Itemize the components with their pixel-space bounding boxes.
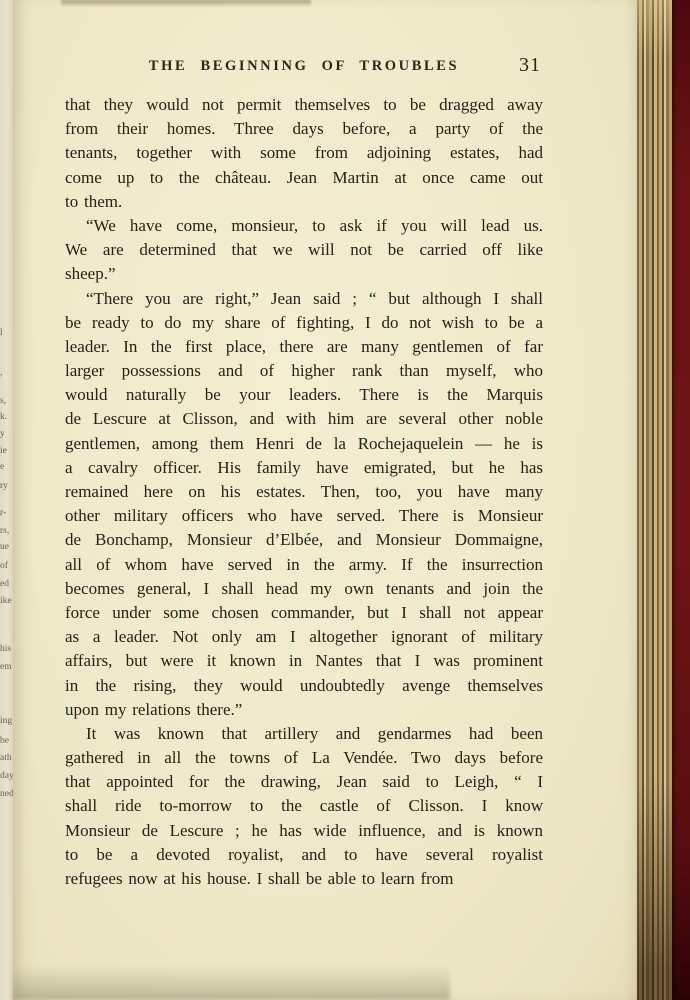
running-title: THE BEGINNING OF TROUBLES: [65, 58, 543, 75]
text-line: gathered in all the towns of La Vendée. …: [65, 746, 543, 770]
page-body-text: that they would not permit themselves to…: [65, 93, 543, 891]
text-line: that appointed for the drawing, Jean sai…: [65, 770, 543, 794]
text-line: Monsieur de Lescure ; he has wide influe…: [65, 819, 543, 843]
text-line: becomes general, I shall head my own ten…: [65, 577, 543, 601]
text-line: a cavalry officer. His family have emigr…: [65, 456, 543, 480]
text-line: gentlemen, among them Henri de la Rochej…: [65, 432, 543, 456]
text-line: upon my relations there.”: [65, 698, 543, 722]
margin-text-fragment: ned: [0, 789, 13, 799]
text-line: “There you are right,” Jean said ; “ but…: [65, 287, 543, 311]
book-page: THE BEGINNING OF TROUBLES 31 that they w…: [13, 0, 637, 1000]
page-edges-stack: [637, 0, 672, 1000]
text-line: force under some chosen commander, but I…: [65, 601, 543, 625]
text-line: would naturally be your leaders. There i…: [65, 383, 543, 407]
margin-text-fragment: ue: [0, 542, 13, 552]
running-header: THE BEGINNING OF TROUBLES 31: [65, 58, 543, 82]
text-line: all of whom have served in the army. If …: [65, 553, 543, 577]
margin-text-fragment: ie: [0, 446, 13, 456]
text-line: de Bonchamp, Monsieur d’Elbée, and Monsi…: [65, 528, 543, 552]
page-number: 31: [519, 54, 541, 77]
margin-text-fragment: of: [0, 561, 13, 571]
text-line: affairs, but were it known in Nantes tha…: [65, 649, 543, 673]
text-line: be ready to do my share of fighting, I d…: [65, 311, 543, 335]
margin-text-fragment: his: [0, 644, 13, 654]
text-line: shall ride to-morrow to the castle of Cl…: [65, 794, 543, 818]
page-top-shadow: [61, 0, 311, 7]
text-line: de Lescure at Clisson, and with him are …: [65, 407, 543, 431]
text-line: leader. In the first place, there are ma…: [65, 335, 543, 359]
text-line: “We have come, monsieur, to ask if you w…: [65, 214, 543, 238]
page-content: THE BEGINNING OF TROUBLES 31 that they w…: [65, 58, 543, 891]
book-cover-spine: [672, 0, 690, 1000]
text-line: tenants, together with some from adjoini…: [65, 141, 543, 165]
margin-text-fragment: ing: [0, 716, 13, 726]
margin-text-fragment: ath: [0, 753, 13, 763]
page-bottom-shadow: [13, 966, 450, 1000]
margin-text-fragment: em: [0, 662, 13, 672]
text-line: refugees now at his house. I shall be ab…: [65, 867, 543, 891]
margin-text-fragment: e: [0, 462, 13, 472]
margin-text-fragment: r-: [0, 508, 13, 518]
text-line: to them.: [65, 190, 543, 214]
margin-text-fragment: ,: [0, 368, 13, 378]
text-line: sheep.”: [65, 262, 543, 286]
text-line: that they would not permit themselves to…: [65, 93, 543, 117]
text-line: We are determined that we will not be ca…: [65, 238, 543, 262]
margin-text-fragment: day: [0, 771, 13, 781]
margin-text-fragment: l: [0, 328, 13, 338]
facing-page-edge: l,s,k.yieeryr-rs,ueofedikehisemingbeathd…: [0, 0, 13, 1000]
text-line: It was known that artillery and gendarme…: [65, 722, 543, 746]
margin-text-fragment: ike: [0, 596, 13, 606]
margin-text-fragment: ry: [0, 481, 13, 491]
text-line: other military officers who have served.…: [65, 504, 543, 528]
margin-text-fragment: ed: [0, 579, 13, 589]
text-line: remained here on his estates. Then, too,…: [65, 480, 543, 504]
margin-text-fragment: y: [0, 429, 13, 439]
text-line: larger possessions and of higher rank th…: [65, 359, 543, 383]
text-line: from their homes. Three days before, a p…: [65, 117, 543, 141]
margin-text-fragment: be: [0, 736, 13, 746]
text-line: as a leader. Not only am I altogether ig…: [65, 625, 543, 649]
book-page-photo: l,s,k.yieeryr-rs,ueofedikehisemingbeathd…: [0, 0, 690, 1000]
text-line: come up to the château. Jean Martin at o…: [65, 166, 543, 190]
margin-text-fragment: s,: [0, 396, 13, 406]
text-line: to be a devoted royalist, and to have se…: [65, 843, 543, 867]
margin-text-fragment: k.: [0, 412, 13, 422]
margin-text-fragment: rs,: [0, 526, 13, 536]
text-line: in the rising, they would undoubtedly av…: [65, 674, 543, 698]
